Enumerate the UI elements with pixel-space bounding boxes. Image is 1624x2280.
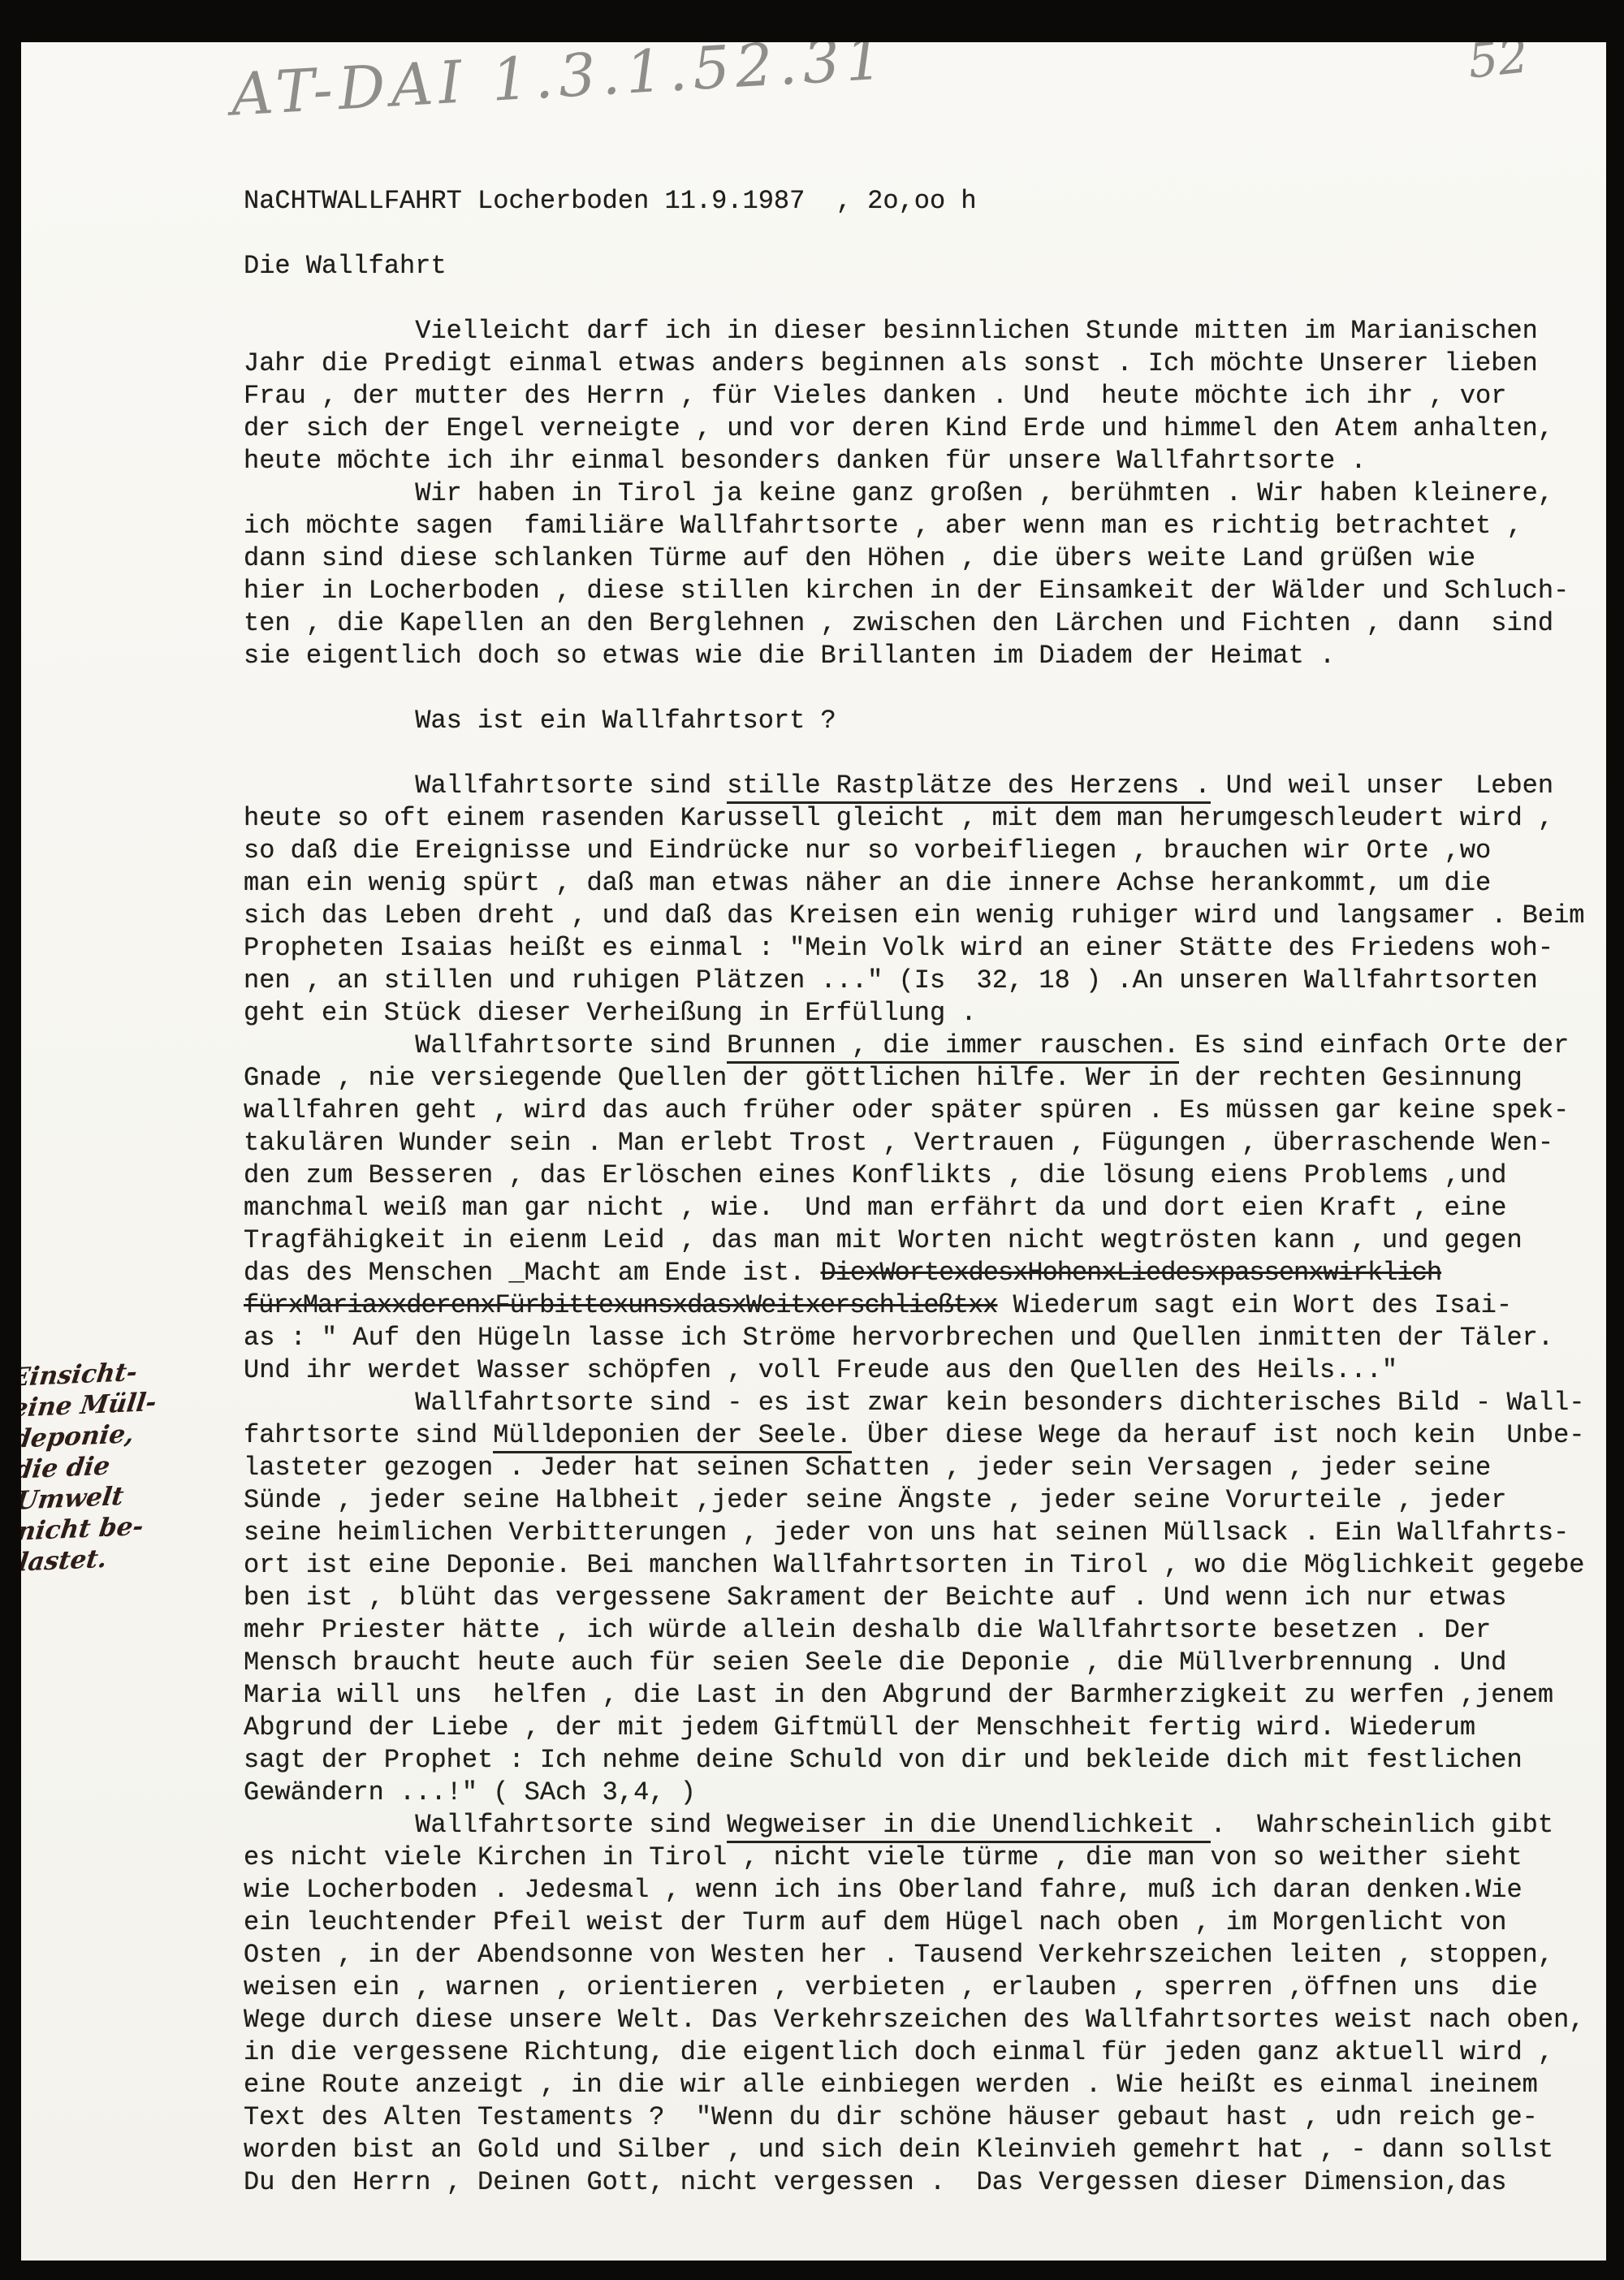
typed-line: as : " Auf den Hügeln lasse ich Ströme h… <box>244 1322 1605 1354</box>
typed-line: ort ist eine Deponie. Bei manchen Wallfa… <box>244 1549 1605 1582</box>
typed-line: Jahr die Predigt einmal etwas anders beg… <box>244 348 1605 380</box>
typed-line: wallfahren geht , wird das auch früher o… <box>244 1095 1605 1127</box>
page-number-note: 52 <box>1466 42 1531 89</box>
typed-line: mehr Priester hätte , ich würde allein d… <box>244 1614 1605 1647</box>
typed-line: Gnade , nie versiegende Quellen der gött… <box>244 1062 1605 1095</box>
typed-line: worden bist an Gold und Silber , und sic… <box>244 2134 1605 2166</box>
typed-line: Du den Herrn , Deinen Gott, nicht verges… <box>244 2166 1605 2199</box>
typed-line: Tragfähigkeit in eienm Leid , das man mi… <box>244 1224 1605 1257</box>
typed-line: das des Menschen _Macht am Ende ist. Die… <box>244 1257 1605 1289</box>
doc-subtitle: Die Wallfahrt <box>244 250 1605 283</box>
typed-line: ich möchte sagen familiäre Wallfahrtsort… <box>244 510 1605 542</box>
margin-note: Einsicht-eine Müll-deponie,die dieUmwelt… <box>21 1353 231 1578</box>
typed-line: Was ist ein Wallfahrtsort ? <box>244 705 1605 737</box>
typed-line: wie Locherboden . Jedesmal , wenn ich in… <box>244 1874 1605 1906</box>
typed-line: der sich der Engel verneigte , und vor d… <box>244 412 1605 445</box>
typed-line: Osten , in der Abendsonne von Westen her… <box>244 1939 1605 1971</box>
typed-line: Frau , der mutter des Herrn , für Vieles… <box>244 380 1605 412</box>
typed-line: takulären Wunder sein . Man erlebt Trost… <box>244 1127 1605 1159</box>
typed-line: eine Route anzeigt , in die wir alle ein… <box>244 2069 1605 2101</box>
typed-line: fürxMariaxxderenxFürbittexunsxdasxWeitxe… <box>244 1289 1605 1322</box>
scan-background: { "colors":{ "scan_background":"#0b0a08"… <box>0 0 1624 2280</box>
typed-line: es nicht viele Kirchen in Tirol , nicht … <box>244 1842 1605 1874</box>
page: AT-DAI 1.3.1.52.31 52 NaCHTWALLFAHRT Loc… <box>21 42 1606 2261</box>
typed-line: so daß die Ereignisse und Eindrücke nur … <box>244 835 1605 867</box>
typed-line: Text des Alten Testaments ? "Wenn du dir… <box>244 2101 1605 2134</box>
typed-line <box>244 737 1605 770</box>
typed-line: Mensch braucht heute auch für seien Seel… <box>244 1647 1605 1679</box>
typed-line: Propheten Isaias heißt es einmal : "Mein… <box>244 932 1605 965</box>
typed-line: geht ein Stück dieser Verheißung in Erfü… <box>244 997 1605 1030</box>
spacer-line <box>244 218 1605 250</box>
typed-line: Wege durch diese unsere Welt. Das Verkeh… <box>244 2004 1605 2036</box>
typed-line: Wallfahrtsorte sind stille Rastplätze de… <box>244 770 1605 802</box>
spacer-line <box>244 283 1605 315</box>
typed-line: nen , an stillen und ruhigen Plätzen ...… <box>244 965 1605 997</box>
typed-line: lasteter gezogen . Jeder hat seinen Scha… <box>244 1452 1605 1484</box>
typed-line: dann sind diese schlanken Türme auf den … <box>244 542 1605 575</box>
typed-line: weisen ein , warnen , orientieren , verb… <box>244 1971 1605 2004</box>
typed-line: sagt der Prophet : Ich nehme deine Schul… <box>244 1744 1605 1777</box>
typed-line: Wallfahrtsorte sind Brunnen , die immer … <box>244 1030 1605 1062</box>
typed-line: hier in Locherboden , diese stillen kirc… <box>244 575 1605 607</box>
typed-line: den zum Besseren , das Erlöschen eines K… <box>244 1159 1605 1192</box>
typed-line: manchmal weiß man gar nicht , wie. Und m… <box>244 1192 1605 1224</box>
typed-line: Wallfahrtsorte sind - es ist zwar kein b… <box>244 1387 1605 1419</box>
typed-line: Abgrund der Liebe , der mit jedem Giftmü… <box>244 1712 1605 1744</box>
typed-content: NaCHTWALLFAHRT Locherboden 11.9.1987 , 2… <box>244 185 1605 2199</box>
typed-line: in die vergessene Richtung, die eigentli… <box>244 2036 1605 2069</box>
typed-line: Vielleicht darf ich in dieser besinnlich… <box>244 315 1605 348</box>
typed-line: Wallfahrtsorte sind Wegweiser in die Une… <box>244 1809 1605 1842</box>
typed-line: Und ihr werdet Wasser schöpfen , voll Fr… <box>244 1354 1605 1387</box>
typed-body: Vielleicht darf ich in dieser besinnlich… <box>244 315 1605 2199</box>
doc-title: NaCHTWALLFAHRT Locherboden 11.9.1987 , 2… <box>244 185 1605 218</box>
typed-line: Gewändern ...!" ( SAch 3,4, ) <box>244 1777 1605 1809</box>
typed-line: Maria will uns helfen , die Last in den … <box>244 1679 1605 1712</box>
typed-line: fahrtsorte sind Mülldeponien der Seele. … <box>244 1419 1605 1452</box>
typed-line: heute möchte ich ihr einmal besonders da… <box>244 445 1605 477</box>
typed-line: sich das Leben dreht , und daß das Kreis… <box>244 900 1605 932</box>
typed-line <box>244 672 1605 705</box>
typed-line: ein leuchtender Pfeil weist der Turm auf… <box>244 1906 1605 1939</box>
typed-line: Wir haben in Tirol ja keine ganz großen … <box>244 477 1605 510</box>
typed-line: ben ist , blüht das vergessene Sakrament… <box>244 1582 1605 1614</box>
typed-line: seine heimlichen Verbitterungen , jeder … <box>244 1517 1605 1549</box>
typed-line: ten , die Kapellen an den Berglehnen , z… <box>244 607 1605 640</box>
typed-line: Sünde , jeder seine Halbheit ,jeder sein… <box>244 1484 1605 1517</box>
typed-line: man ein wenig spürt , daß man etwas nähe… <box>244 867 1605 900</box>
typed-line: sie eigentlich doch so etwas wie die Bri… <box>244 640 1605 672</box>
archive-reference-note: AT-DAI 1.3.1.52.31 <box>229 42 890 129</box>
typed-line: heute so oft einem rasenden Karussell gl… <box>244 802 1605 835</box>
